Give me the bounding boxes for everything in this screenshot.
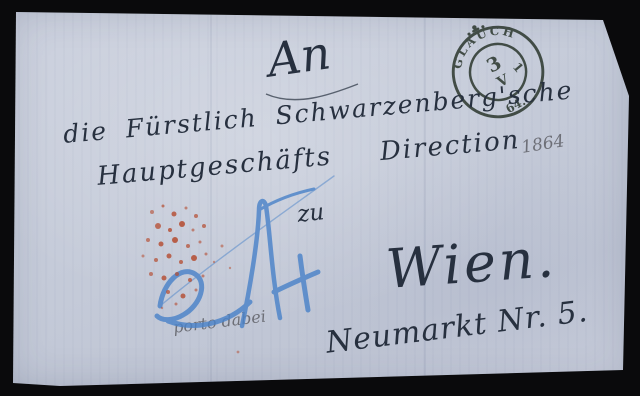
letter-paper: GLAUCHAU 3 V 1 64. An die Fürstlich Schw… — [0, 0, 640, 396]
salutation-flourish — [266, 84, 358, 100]
photo-background: GLAUCHAU 3 V 1 64. An die Fürstlich Schw… — [0, 0, 640, 396]
seal-residue-speckles — [142, 205, 240, 396]
crayon-25-marking — [157, 176, 334, 326]
